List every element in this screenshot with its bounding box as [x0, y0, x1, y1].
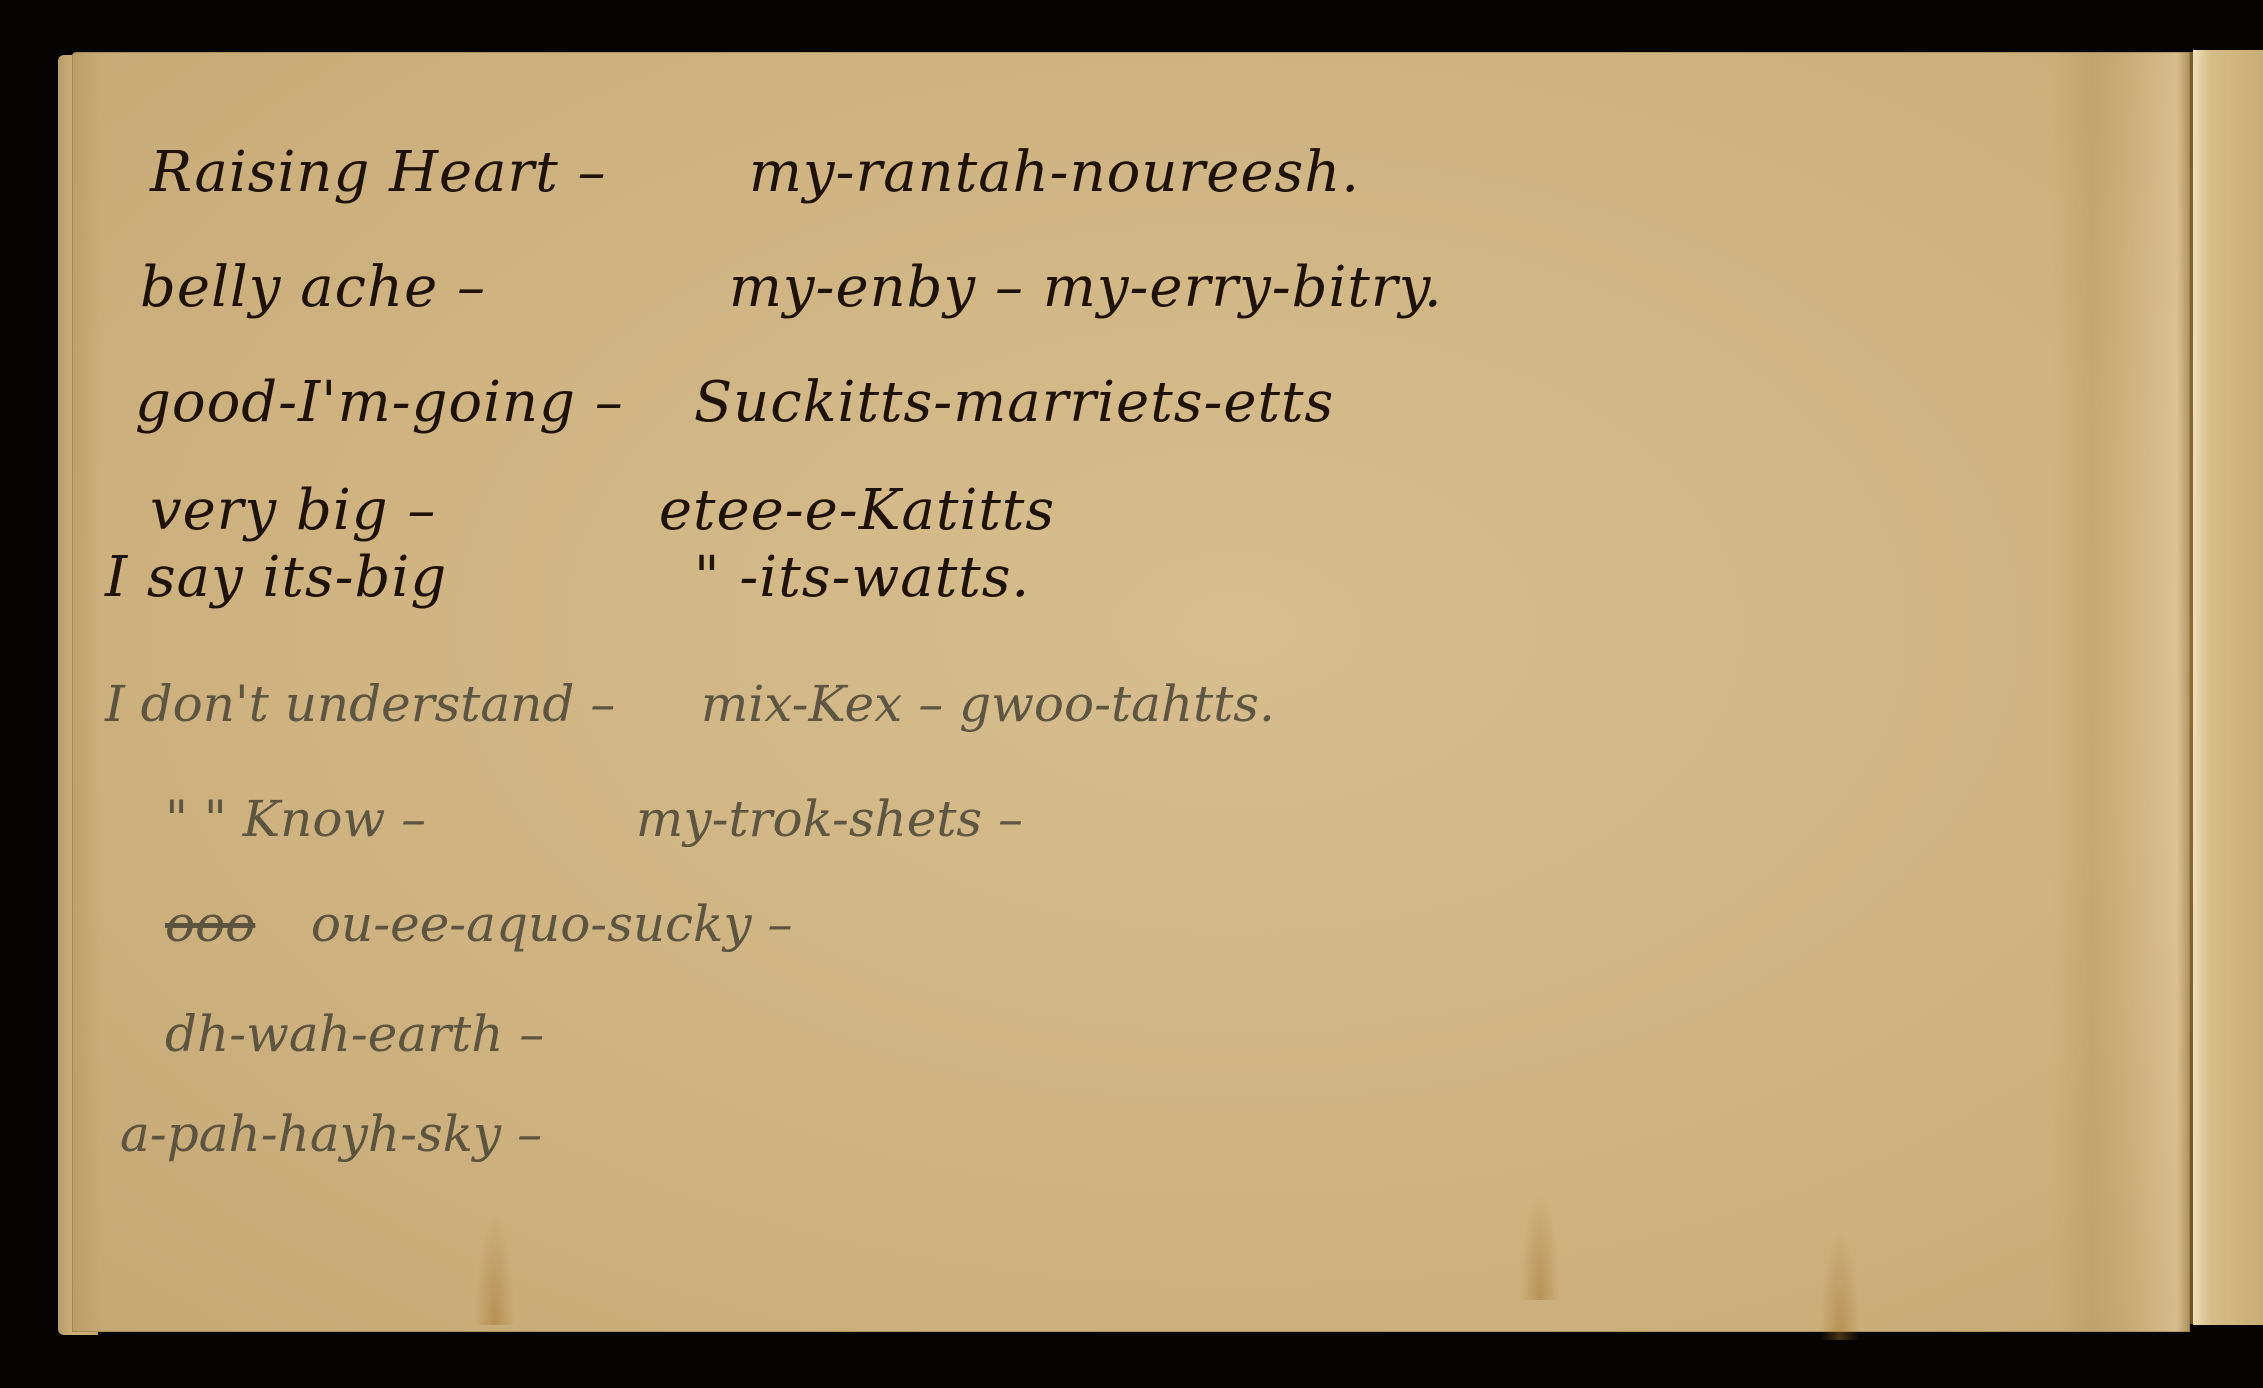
vocab-entry: Raising Heart – my-rantah-noureesh.	[150, 140, 1360, 205]
english-term: " " Know –	[165, 790, 620, 848]
native-gloss: my-enby – my-erry-bitry.	[729, 255, 1443, 320]
english-term: very big –	[150, 478, 640, 543]
vocab-entry: I say its-big " -its-watts.	[105, 545, 1030, 610]
native-gloss: Suckitts-marriets-etts	[694, 370, 1334, 435]
vocab-entry: belly ache – my-enby – my-erry-bitry.	[140, 255, 1443, 320]
vocab-entry-pencil: I don't understand – mix-Kex – gwoo-taht…	[105, 675, 1275, 733]
native-gloss: etee-e-Katitts	[659, 478, 1055, 543]
english-term: I don't understand –	[105, 675, 685, 733]
vocab-entry-pencil: a-pah-hayh-sky –	[120, 1105, 542, 1163]
handwritten-vocabulary-list: Raising Heart – my-rantah-noureesh. bell…	[0, 0, 2263, 1388]
native-gloss: " -its-watts.	[694, 545, 1030, 610]
vocab-entry: good-I'm-going – Suckitts-marriets-etts	[135, 370, 1334, 435]
native-gloss: dh-wah-earth –	[165, 1005, 544, 1063]
native-gloss: my-trok-shets –	[636, 790, 1023, 848]
native-gloss: my-rantah-noureesh.	[749, 140, 1360, 205]
native-gloss: ou-ee-aquo-sucky –	[311, 895, 793, 953]
english-term: good-I'm-going –	[135, 370, 675, 435]
notebook-scan: Raising Heart – my-rantah-noureesh. bell…	[0, 0, 2263, 1388]
struck-out-text: ooo	[165, 895, 295, 953]
native-gloss: mix-Kex – gwoo-tahtts.	[701, 675, 1275, 733]
native-gloss: a-pah-hayh-sky –	[120, 1105, 542, 1163]
vocab-entry-pencil: ooo ou-ee-aquo-sucky –	[165, 895, 793, 953]
english-term: I say its-big	[105, 545, 675, 610]
vocab-entry-pencil: dh-wah-earth –	[165, 1005, 544, 1063]
english-term: belly ache –	[140, 255, 710, 320]
vocab-entry-pencil: " " Know – my-trok-shets –	[165, 790, 1023, 848]
vocab-entry: very big – etee-e-Katitts	[150, 478, 1055, 543]
english-term: Raising Heart –	[150, 140, 730, 205]
